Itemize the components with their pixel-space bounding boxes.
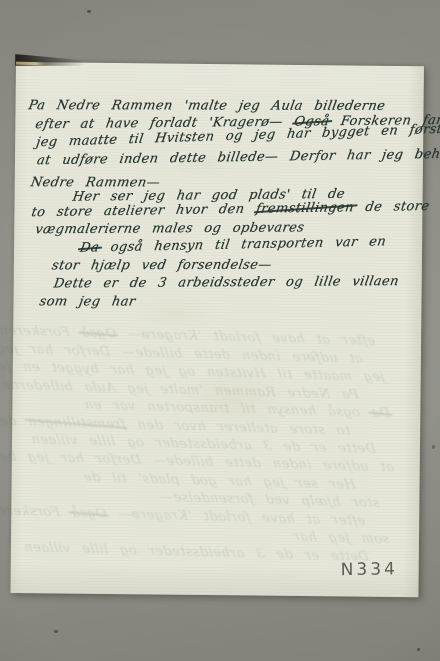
archive-number: N334 xyxy=(341,559,398,580)
handwriting-segment: to store atelierer hvor den xyxy=(30,202,257,221)
handwriting-line: at udføre inden dette billede— Derfor ha… xyxy=(36,146,440,168)
struck-word: Da xyxy=(79,240,100,255)
dust-speck xyxy=(54,630,58,633)
handwriting-line: som jeg har xyxy=(38,294,137,309)
handwriting-line: Da også hensyn til transporten var en xyxy=(79,234,387,255)
dust-speck xyxy=(417,648,420,651)
handwriting-segment: stor hjælp ved forsendelse— xyxy=(51,258,273,274)
handwriting-segment: også hensyn til transporten var en xyxy=(98,234,387,255)
dust-speck xyxy=(87,10,91,13)
handwriting-line: Dette er de 3 arbeidssteder og lille vil… xyxy=(52,274,400,291)
handwriting-line: vægmalerierne males og opbevares xyxy=(34,220,305,237)
handwriting-segment: Dette er de 3 arbeidssteder og lille vil… xyxy=(52,274,400,291)
struck-word: fremstillingen xyxy=(255,200,355,217)
handwriting-line: Pa Nedre Rammen 'malte jeg Aula billeder… xyxy=(27,98,386,114)
handwriting-line: stor hjælp ved forsendelse— xyxy=(51,258,273,274)
letter-paper: efter at have forladt 'Kragerø— Også For… xyxy=(10,62,424,597)
handwriting-block: Pa Nedre Rammen 'malte jeg Aula billeder… xyxy=(10,62,424,597)
photo-backdrop: efter at have forladt 'Kragerø— Også For… xyxy=(0,0,440,661)
handwriting-segment: som jeg har xyxy=(38,294,137,309)
handwriting-segment: at udføre inden dette billede— Derfor ha… xyxy=(36,146,440,168)
dust-speck xyxy=(432,445,435,449)
handwriting-segment: Pa Nedre Rammen 'malte jeg Aula billeder… xyxy=(27,98,386,114)
handwriting-segment: vægmalerierne males og opbevares xyxy=(34,220,305,237)
handwriting-segment: de store xyxy=(353,199,431,215)
